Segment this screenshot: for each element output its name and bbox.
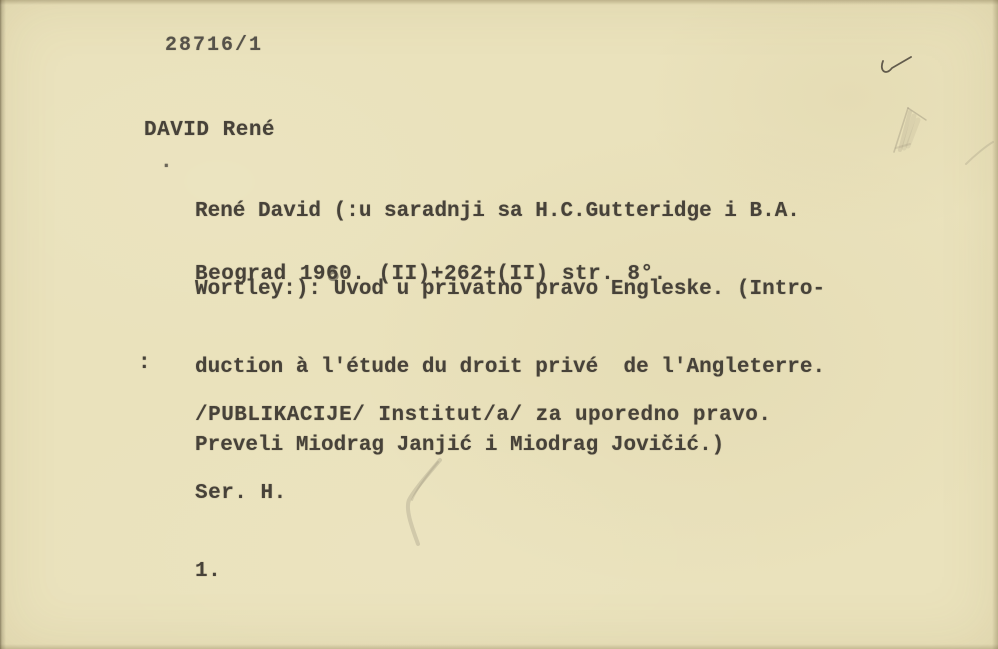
call-number: 28716/1: [165, 33, 263, 59]
imprint-line: Beograd 19650. (II)+262+(II) str. 8°.: [195, 262, 667, 288]
pencil-scribble-icon: [880, 100, 944, 164]
series-statement: /PUBLIKACIJE/ Institut/a/ za uporedno pr…: [195, 351, 772, 611]
imprint-prefix: Beograd 19: [195, 263, 326, 286]
series-colon-marker: :: [138, 351, 151, 377]
year-digit-ghost: 5: [327, 264, 340, 290]
paper-edge-bottom: [0, 644, 998, 649]
overstruck-year-digit: 65: [326, 262, 339, 288]
paper-edge-top: [0, 0, 998, 5]
catalog-card-scan: { "document": { "kind": "library-catalog…: [0, 0, 998, 649]
paper-edge-left: [0, 0, 6, 649]
paper-edge-right: [992, 0, 998, 649]
pencil-slash-mark-icon: [962, 138, 996, 172]
series-line-2: Ser. H.: [195, 481, 772, 507]
series-line-1: /PUBLIKACIJE/ Institut/a/ za uporedno pr…: [195, 403, 772, 429]
pen-checkmark-icon: [876, 54, 916, 84]
stray-ink-dot: .: [160, 150, 173, 176]
main-heading-author: DAVID René: [144, 118, 275, 144]
imprint-suffix: 0. (II)+262+(II) str. 8°.: [339, 263, 667, 286]
entry-line-1: René David (:u saradnji sa H.C.Gutteridg…: [195, 199, 825, 225]
series-line-3: 1.: [195, 559, 772, 585]
pencil-crease-mark-icon: [388, 450, 460, 554]
